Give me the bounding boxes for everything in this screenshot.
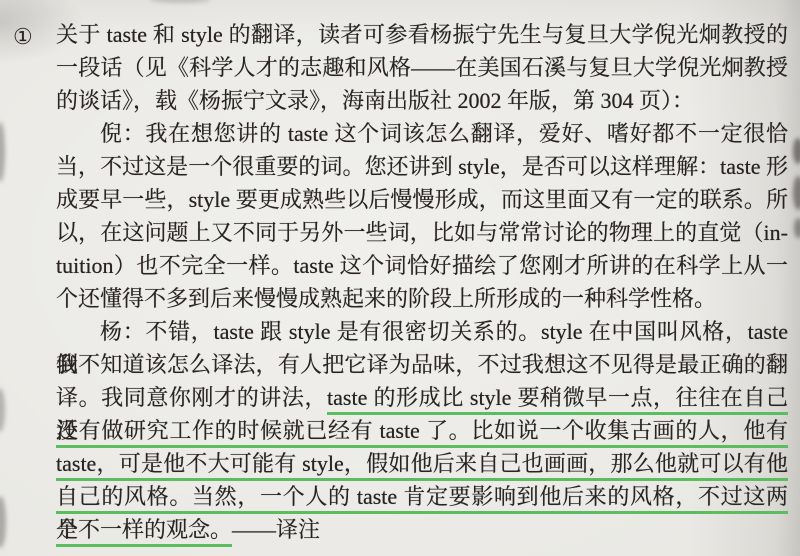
scan-artifact <box>0 122 5 182</box>
text-line: 倪：我在想您讲的 taste 这个词该怎么翻译，爱好、嗜好都不一定很恰 <box>56 117 788 150</box>
text-segment: 关于 taste 和 style 的翻译，读者可参看杨振宁先生与复旦大学倪光炯教… <box>56 22 788 47</box>
text-segment: 倪：我在想您讲的 taste 这个词该怎么翻译，爱好、嗜好都不一定很恰 <box>100 121 788 146</box>
text-line: 以，在这问题上又不同于另外一些词，比如与常常讨论的物理上的直觉（in- <box>56 216 788 249</box>
text-line: 当，不过这是一个很重要的词。您还讲到 style，是否可以这样理解：taste … <box>56 150 788 183</box>
scan-artifact <box>794 218 800 238</box>
scan-artifact <box>793 176 800 210</box>
text-line: 没有做研究工作的时候就已经有 taste 了。比如说一个收集古画的人，他有 <box>56 414 788 447</box>
text-segment: 的谈话》，载《杨振宁文录》，海南出版社 2002 年版，第 304 页）： <box>56 88 694 113</box>
text-line: taste，可是他不大可能有 style，假如他后来自己也画画，那么他就可以有他 <box>56 447 788 480</box>
text-line: 译。我同意你刚才的讲法，taste 的形成比 style 要稍微早一点，往往在自… <box>56 381 788 414</box>
text-segment: 一段话（见《科学人才的志趣和风格——在美国石溪与复旦大学倪光炯教授 <box>56 55 788 80</box>
scanned-footnote-page: ① 关于 taste 和 style 的翻译，读者可参看杨振宁先生与复旦大学倪光… <box>0 0 800 556</box>
text-segment: 成要早一些，style 要更成熟些以后慢慢形成，而这里面又有一定的联系。所 <box>56 187 788 212</box>
text-line: 关于 taste 和 style 的翻译，读者可参看杨振宁先生与复旦大学倪光炯教… <box>56 18 788 51</box>
text-line: 杨：不错，taste 跟 style 是有很密切关系的。style 在中国叫风格… <box>56 315 788 348</box>
text-segment: 当，不过这是一个很重要的词。您还讲到 style，是否可以这样理解：taste … <box>56 154 788 179</box>
text-line: 自己的风格。当然，一个人的 taste 肯定要影响到他后来的风格，不过这两个 <box>56 480 788 513</box>
scan-artifact <box>793 138 800 164</box>
scan-artifact <box>0 388 5 432</box>
text-segment: 个还懂得不多到后来慢慢成熟起来的阶段上所形成的一种科学性格。 <box>56 286 716 311</box>
text-line: 倒不知道该怎么译法，有人把它译为品味，不过我想这不见得是最正确的翻 <box>56 348 788 381</box>
underlined-text: 没有做研究工作的时候就已经有 taste 了。比如说一个收集古画的人，他有 <box>56 418 788 448</box>
footnote-text-block: 关于 taste 和 style 的翻译，读者可参看杨振宁先生与复旦大学倪光炯教… <box>56 18 788 546</box>
footnote-number-marker: ① <box>13 20 33 53</box>
text-line: 是不一样的观念。——译注 <box>56 513 788 546</box>
text-segment: ——译注 <box>232 517 320 542</box>
scan-artifact <box>150 0 210 3</box>
text-line: 个还懂得不多到后来慢慢成熟起来的阶段上所形成的一种科学性格。 <box>56 282 788 315</box>
text-line: 的谈话》，载《杨振宁文录》，海南出版社 2002 年版，第 304 页）： <box>56 84 788 117</box>
text-line: tuition）也不完全一样。taste 这个词恰好描绘了您刚才所讲的在科学上从… <box>56 249 788 282</box>
underlined-text: 是不一样的观念。 <box>56 517 232 547</box>
text-segment: 以，在这问题上又不同于另外一些词，比如与常常讨论的物理上的直觉（in- <box>56 220 788 245</box>
text-segment: 译。我同意你刚才的讲法， <box>56 385 327 410</box>
text-line: 成要早一些，style 要更成熟些以后慢慢形成，而这里面又有一定的联系。所 <box>56 183 788 216</box>
text-segment: tuition）也不完全一样。taste 这个词恰好描绘了您刚才所讲的在科学上从… <box>56 253 788 278</box>
underlined-text: taste，可是他不大可能有 style，假如他后来自己也画画，那么他就可以有他 <box>56 451 788 481</box>
text-line: 一段话（见《科学人才的志趣和风格——在美国石溪与复旦大学倪光炯教授 <box>56 51 788 84</box>
scan-artifact <box>0 496 6 548</box>
text-segment: 倒不知道该怎么译法，有人把它译为品味，不过我想这不见得是最正确的翻 <box>56 352 788 377</box>
